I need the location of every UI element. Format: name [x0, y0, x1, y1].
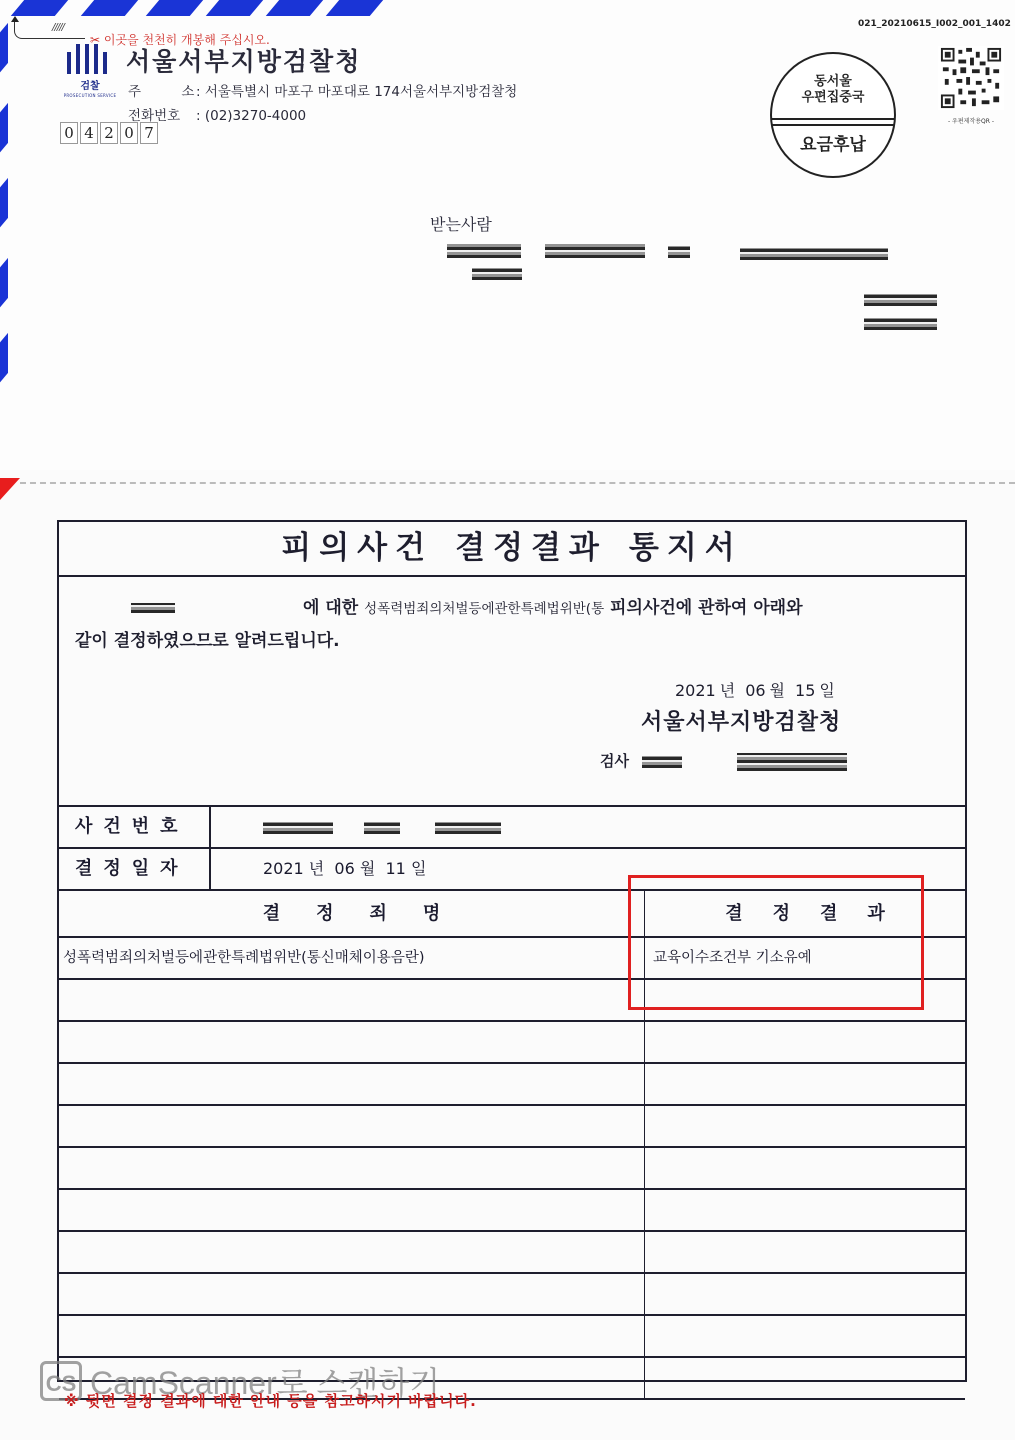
charge-name-cell — [59, 1064, 645, 1104]
charge-name-cell: 성폭력범죄의처벌등에관한특례법위반(통신매체이용음란) — [59, 938, 645, 978]
prosecution-logo-icon — [67, 44, 107, 74]
prosecutor-seal-redacted — [737, 753, 847, 771]
prosecutor-line: 검사 — [600, 750, 847, 771]
decision-result-cell — [645, 1106, 965, 1146]
decision-result-cell — [645, 1022, 965, 1062]
sender-name: 서울서부지방검찰청 — [126, 42, 361, 78]
tear-hatch-icon: ///// — [52, 22, 64, 33]
charge-name-cell — [59, 980, 645, 1020]
charge-name-cell — [59, 1022, 645, 1062]
suspect-name-redacted — [131, 603, 175, 613]
table-row — [59, 1148, 965, 1190]
notice-intro: 에 대한 성폭력범죄의처벌등에관한특례법위반(통 피의사건에 관하여 아래와 같… — [75, 592, 945, 657]
table-row — [59, 1232, 965, 1274]
airmail-border-left — [0, 0, 12, 470]
table-row — [59, 1022, 965, 1064]
case-info-table: 사건번호 결정일자 2021 년 06 월 11 일 — [59, 805, 965, 891]
tear-arrow-icon — [14, 20, 85, 39]
decision-result-cell — [645, 1232, 965, 1272]
issue-date: 2021년06월15일 — [675, 678, 845, 701]
table-row — [59, 1190, 965, 1232]
decision-result-cell: 교육이수조건부 기소유예 — [645, 938, 965, 978]
charge-name-cell — [59, 1148, 645, 1188]
table-row — [59, 1106, 965, 1148]
charge-name-cell — [59, 1190, 645, 1230]
table-row — [59, 980, 965, 1022]
table-row — [59, 1274, 965, 1316]
table-row: 성폭력범죄의처벌등에관한특례법위반(통신매체이용음란)교육이수조건부 기소유예 — [59, 938, 965, 980]
qr-code-icon — [938, 46, 1004, 110]
envelope: ///// ✂ 이곳을 천천히 개봉해 주십시오. 검찰 PROSECUTION… — [0, 0, 1015, 470]
qr-caption: - 우편제작용QR - — [930, 116, 1012, 125]
recipient-label: 받는사람 — [430, 212, 492, 235]
prosecutor-name-redacted — [642, 756, 682, 768]
prosecution-logo-text: 검찰 PROSECUTION SERVICE — [58, 81, 122, 99]
airmail-border-top — [0, 0, 400, 22]
fold-line — [20, 482, 1015, 484]
charge-name-cell — [59, 1316, 645, 1356]
decision-result-cell — [645, 1358, 965, 1398]
result-table-header: 결정죄명 결정결과 — [59, 891, 965, 938]
case-number-redacted — [263, 822, 333, 834]
decision-result-cell — [645, 1274, 965, 1314]
charge-name-cell — [59, 1106, 645, 1146]
decision-result-cell — [645, 1316, 965, 1356]
decision-result-cell — [645, 1190, 965, 1230]
decision-result-cell — [645, 980, 965, 1020]
decision-result-cell — [645, 1148, 965, 1188]
postmark-stamp: 동서울 우편집중국 요금후납 — [770, 52, 896, 178]
decision-date-row: 결정일자 2021 년 06 월 11 일 — [59, 849, 965, 891]
footer-note: ※ 뒷면 결정 결과에 대한 안내 등을 참고하시기 바랍니다. — [64, 1390, 477, 1411]
case-name: 성폭력범죄의처벌등에관한특례법위반(통 — [364, 601, 604, 617]
tracking-code: 021_20210615_I002_001_1402 — [858, 19, 1011, 29]
charge-name-cell — [59, 1232, 645, 1272]
table-row — [59, 1064, 965, 1106]
decision-result-table: 결정죄명 결정결과 성폭력범죄의처벌등에관한특례법위반(통신매체이용음란)교육이… — [59, 891, 965, 1400]
notice-document: 피의사건결정결과통지서 에 대한 성폭력범죄의처벌등에관한특례법위반(통 피의사… — [0, 490, 1015, 1440]
zip-code: 0 4 2 0 7 — [60, 122, 158, 144]
table-row — [59, 1316, 965, 1358]
notice-title: 피의사건결정결과통지서 — [59, 522, 965, 577]
case-number-row: 사건번호 — [59, 807, 965, 849]
sender-phone: 전화번호: (02)3270-4000 — [128, 104, 306, 124]
office-signature: 서울서부지방검찰청 — [641, 705, 841, 736]
charge-name-cell — [59, 1274, 645, 1314]
sender-address: 주 소: 서울특별시 마포구 마포대로 174서울서부지방검찰청 — [128, 80, 517, 100]
decision-result-cell — [645, 1064, 965, 1104]
notice-frame: 피의사건결정결과통지서 에 대한 성폭력범죄의처벌등에관한특례법위반(통 피의사… — [57, 520, 967, 1382]
